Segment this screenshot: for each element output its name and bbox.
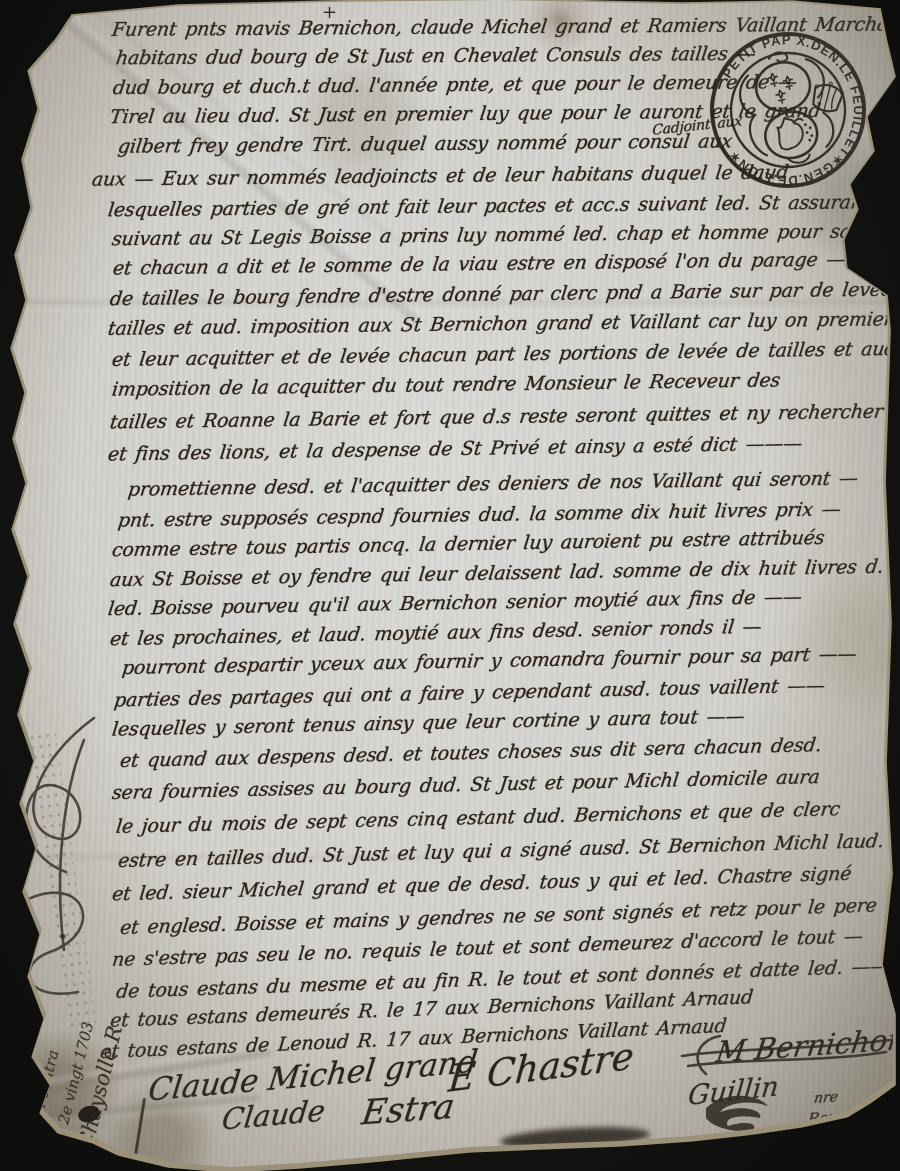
manuscript-line: le jour du mois de sept cens cinq estant…: [115, 798, 841, 838]
manuscript-line: et fins des lions, et la despense de St …: [107, 433, 804, 466]
manuscript-line: tailles et Roanne la Barie et fort que d…: [109, 401, 885, 434]
manuscript-line: led. Boisse pourveu qu'il aux Bernichon …: [107, 586, 803, 620]
manuscript-line: suivant au St Legis Boisse a prins luy n…: [111, 220, 900, 250]
manuscript-line: comme estre tous partis oncq. la dernier…: [111, 527, 826, 561]
signature: nre: [813, 1089, 839, 1107]
manuscript-paper: + Furent pnts mavis Bernichon, claude Mi…: [0, 0, 900, 1171]
manuscript-line: gilbert frey gendre Tirt. duquel aussy n…: [117, 130, 734, 157]
manuscript-line: imposition de la acquitter du tout rendr…: [111, 369, 782, 400]
signature: Estra: [359, 1087, 457, 1134]
manuscript-line: habitans dud bourg de St Just en Chevale…: [115, 43, 757, 69]
manuscript-line: et les prochaines, et laud. moytié aux f…: [109, 616, 763, 651]
manuscript-line: de tailles le bourg fendre d'estre donné…: [109, 278, 900, 310]
manuscript-line: et quand aux despens desd. et toutes cho…: [119, 734, 823, 772]
manuscript-line: sera fournies assises au bourg dud. St J…: [111, 766, 821, 804]
manuscript-line: dud bourg et duch.t dud. l'année pnte, e…: [112, 71, 799, 99]
tax-stamp: PETIT PAP X.DEN.LE FEUILLET✶GEN.DE.LION✶: [703, 25, 873, 195]
photo-background: + Furent pnts mavis Bernichon, claude Mi…: [0, 0, 900, 1171]
manuscript-line: pnt. estre supposés cespnd fournies dud.…: [117, 498, 842, 531]
manuscript-line: tailles et aud. imposition aux St Bernic…: [107, 308, 894, 340]
pen-stroke: [133, 1098, 146, 1162]
signature-strike-flourish: [676, 1030, 896, 1080]
manuscript-line: pourront despartir yceux aux fournir y c…: [121, 643, 858, 679]
manuscript-line: lesquelles y seront tenus ainsy que leur…: [111, 705, 746, 740]
manuscript-line: et chacun a dit et le somme de la viau e…: [112, 249, 847, 280]
manuscript-line: aux — Eux sur nommés leadjoincts et de l…: [91, 161, 790, 190]
manuscript-line: lesquelles parties de gré ont fait leur …: [107, 191, 900, 221]
manuscript-line: promettienne desd. et l'acquitter des de…: [127, 467, 860, 501]
paper-speck: [60, 934, 66, 939]
manuscript-line: et leur acquitter et de levée chacun par…: [111, 337, 900, 371]
margin-paraph-flourish: [0, 700, 174, 1040]
